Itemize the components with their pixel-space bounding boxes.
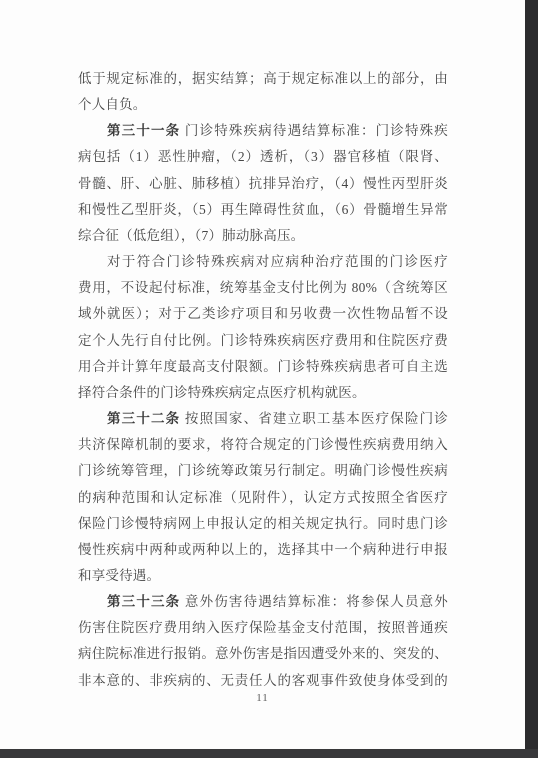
text-line: 择符合条件的门诊特殊疾病定点医疗机构就医。 [78, 380, 448, 406]
text-line: 保险门诊慢特病网上申报认定的相关规定执行。同时患门诊 [78, 511, 448, 537]
text-line: 域外就医）；对于乙类诊疗项目和另收费一次性物品暂不设 [78, 301, 448, 327]
text-line: 和慢性乙型肝炎，（5）再生障碍性贫血，（6）骨髓增生异常 [78, 197, 448, 223]
text-line: 门诊统筹管理，门诊统筹政策另行制定。明确门诊慢性疾病 [78, 458, 448, 484]
text-line: 第三十二条 按照国家、省建立职工基本医疗保险门诊 [78, 406, 448, 432]
text-line: 骨髓、肝、心脏、肺移植）抗排异治疗，（4）慢性丙型肝炎 [78, 171, 448, 197]
text-line: 病住院标准进行报销。意外伤害是指因遭受外来的、突发的、 [78, 641, 448, 667]
scan-edge-right [525, 0, 538, 758]
scan-edge-bottom [0, 749, 538, 758]
text-line: 对于符合门诊特殊疾病对应病种治疗范围的门诊医疗 [78, 249, 448, 275]
text-line: 低于规定标准的，据实结算；高于规定标准以上的部分，由 [78, 66, 448, 92]
page-number: 11 [0, 692, 525, 704]
scanned-document-page: 低于规定标准的，据实结算；高于规定标准以上的部分，由个人自负。第三十一条 门诊特… [0, 0, 538, 758]
text-line: 个人自负。 [78, 92, 448, 118]
text-line: 第三十三条 意外伤害待遇结算标准：将参保人员意外 [78, 589, 448, 615]
text-line: 病包括（1）恶性肿瘤，（2）透析，（3）器官移植（限肾、 [78, 144, 448, 170]
text-line: 综合征（低危组），（7）肺动脉高压。 [78, 223, 448, 249]
text-line: 伤害住院医疗费用纳入医疗保险基金支付范围，按照普通疾 [78, 615, 448, 641]
text-line: 慢性疾病中两种或两种以上的，选择其中一个病种进行申报 [78, 537, 448, 563]
document-text-block: 低于规定标准的，据实结算；高于规定标准以上的部分，由个人自负。第三十一条 门诊特… [78, 66, 448, 694]
text-line: 第三十一条 门诊特殊疾病待遇结算标准：门诊特殊疾 [78, 118, 448, 144]
text-line: 非本意的、非疾病的、无责任人的客观事件致使身体受到的 [78, 668, 448, 694]
text-line: 的病种范围和认定标准（见附件），认定方式按照全省医疗 [78, 485, 448, 511]
text-line: 费用，不设起付标准，统筹基金支付比例为 80%（含统筹区 [78, 275, 448, 301]
article-number: 第三十一条 [107, 123, 180, 138]
article-number: 第三十三条 [107, 594, 180, 609]
article-number: 第三十二条 [107, 411, 180, 426]
text-line: 用合并计算年度最高支付限额。门诊特殊疾病患者可自主选 [78, 354, 448, 380]
text-line: 定个人先行自付比例。门诊特殊疾病医疗费用和住院医疗费 [78, 328, 448, 354]
text-line: 共济保障机制的要求，将符合规定的门诊慢性疾病费用纳入 [78, 432, 448, 458]
text-line: 和享受待遇。 [78, 563, 448, 589]
